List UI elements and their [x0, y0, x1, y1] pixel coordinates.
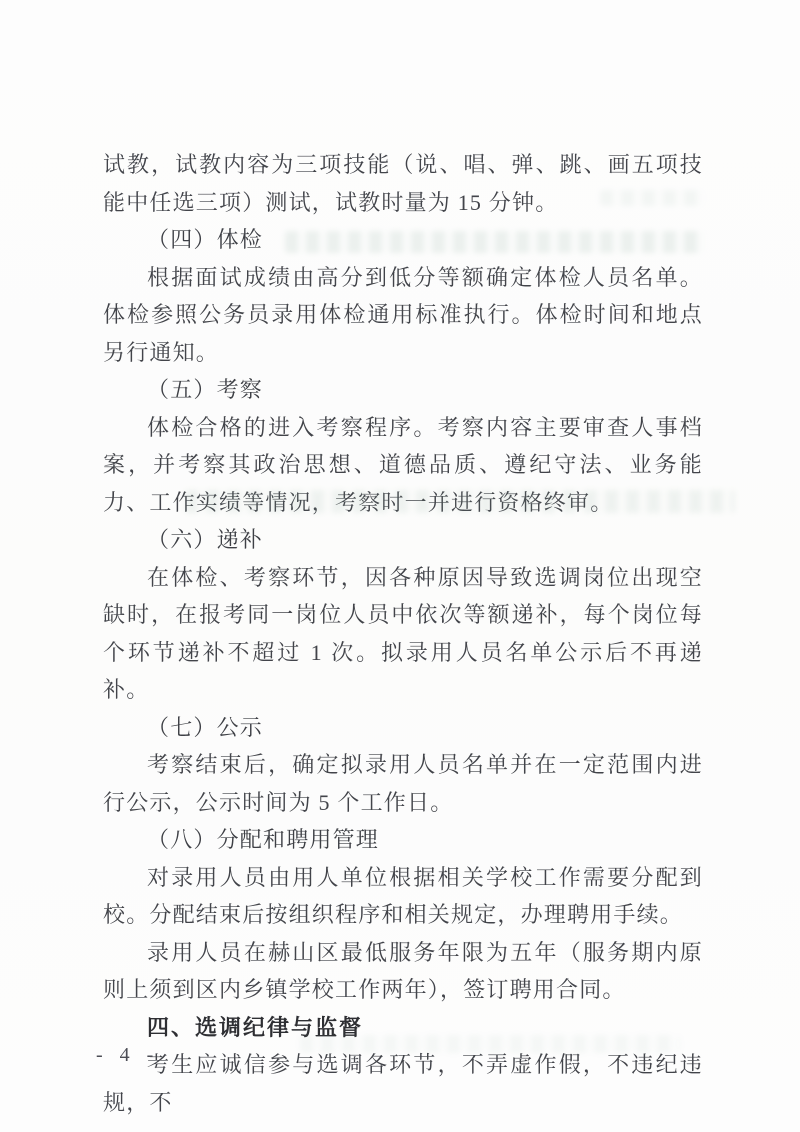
paragraph-trial-teaching: 试教，试教内容为三项技能（说、唱、弹、跳、画五项技能中任选三项）测试，试教时量为… [103, 146, 703, 221]
paragraph-replacement: 在体检、考察环节，因各种原因导致选调岗位出现空缺时，在报考同一岗位人员中依次等额… [103, 559, 703, 709]
paragraph-assignment: 对录用人员由用人单位根据相关学校工作需要分配到校。分配结束后按组织程序和相关规定… [103, 859, 703, 934]
heading-discipline-supervision: 四、选调纪律与监督 [103, 1009, 703, 1047]
heading-physical-exam: （四）体检 [103, 221, 703, 259]
page-number: - 4 - [96, 1044, 159, 1067]
heading-inspection: （五）考察 [103, 371, 703, 409]
heading-assignment-employment: （八）分配和聘用管理 [103, 821, 703, 859]
document-page: 试教，试教内容为三项技能（说、唱、弹、跳、画五项技能中任选三项）测试，试教时量为… [0, 0, 800, 1132]
paragraph-integrity: 考生应诚信参与选调各环节，不弄虚作假，不违纪违规，不 [103, 1046, 703, 1121]
paragraph-publicity: 考察结束后，确定拟录用人员名单并在一定范围内进行公示，公示时间为 5 个工作日。 [103, 746, 703, 821]
heading-publicity: （七）公示 [103, 709, 703, 747]
paragraph-inspection: 体检合格的进入考察程序。考察内容主要审查人事档案，并考察其政治思想、道德品质、遵… [103, 409, 703, 522]
paragraph-service-years: 录用人员在赫山区最低服务年限为五年（服务期内原则上须到区内乡镇学校工作两年），签… [103, 934, 703, 1009]
heading-replacement: （六）递补 [103, 521, 703, 559]
document-body: 试教，试教内容为三项技能（说、唱、弹、跳、画五项技能中任选三项）测试，试教时量为… [103, 146, 703, 1121]
paragraph-physical-exam: 根据面试成绩由高分到低分等额确定体检人员名单。体检参照公务员录用体检通用标准执行… [103, 259, 703, 372]
